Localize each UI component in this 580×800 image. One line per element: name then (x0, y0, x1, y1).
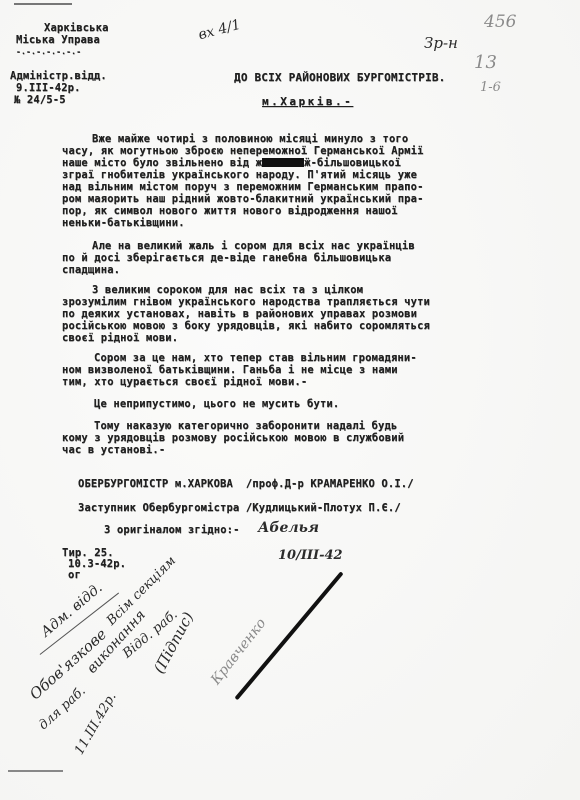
body-p1-line7: пор, як символ нового життя нового відро… (62, 205, 398, 217)
org-name-line2: Міська Управа (16, 34, 100, 46)
body-p1-line3: наше місто було звільнено від жӝ-більшов… (62, 157, 401, 169)
body-p5: Це неприпустимо, цього не мусить бути. (94, 398, 339, 410)
body-p4-line2: ном визволеної батьківщини. Ганьба і не … (62, 364, 398, 376)
body-p3-line1: З великим сороком для нас всіх та з цілк… (92, 284, 363, 296)
scan-edge-mark-bottom (8, 770, 63, 772)
annotation-district: Зр-н (424, 34, 458, 52)
body-p2-line2: по й досі зберігається де-віде ганебна б… (62, 252, 391, 264)
signature-deputy: Заступник Обербургомістра /Кудлицький-Пл… (78, 502, 401, 514)
signature-mayor: ОБЕРБУРГОМІСТР м.ХАРКОВА /проф.Д-р КРАМА… (78, 478, 414, 490)
body-p6-line3: час в установі.- (62, 444, 165, 456)
pencil-number-3: 1-6 (480, 80, 501, 95)
body-p6-line2: кому з урядовців розмову російською мово… (62, 432, 404, 444)
addressee-city: м.Харків.- (262, 96, 353, 108)
scan-edge-mark (14, 3, 72, 5)
body-p4-line1: Сором за це нам, хто тепер став вільним … (94, 352, 417, 364)
body-p1-line8: неньки-батьківщини. (62, 217, 185, 229)
body-p3-line5: своєї рідної мови. (62, 332, 178, 344)
body-p1-line3-end: ӝ-більшовицької (304, 157, 401, 169)
addressee-title: ДО ВСІХ РАЙОНОВИХ БУРГОМІСТРІВ. (234, 72, 446, 84)
body-p1-line3-start: наше місто було звільнено від ж (62, 157, 262, 169)
annotation-incoming: вх 4/1 (197, 17, 243, 44)
body-p3-line4: російською мовою з боку урядовців, які н… (62, 320, 430, 332)
body-p4-line3: тим, хто цурається своєї рідної мови.- (62, 376, 307, 388)
redaction-bar (262, 158, 304, 167)
body-p1-line2: часу, як могутньою зброєю непереможної Г… (62, 145, 424, 157)
body-p1-line5: над вільним містом поруч з переможним Ге… (62, 181, 424, 193)
document-page: Харківська Міська Управа -.-.-.-.-.-.- А… (0, 0, 580, 800)
org-name-line1: Харківська (44, 22, 109, 34)
body-p1-line4: зграї гнобителів українського народу. П'… (62, 169, 417, 181)
body-p1-line1: Вже майже чотирі з половиною місяці мину… (92, 133, 408, 145)
doc-date: 9.ІІІ-42р. (16, 82, 81, 94)
handwritten-date-stamp: 10/III-42 (278, 548, 343, 563)
pencil-number-1: 456 (484, 12, 516, 32)
body-p3-line3: по деяких установах, навіть в районових … (62, 308, 417, 320)
certified-copy-label: З оригіналом згідно:- (104, 524, 240, 536)
body-p2-line3: спадщина. (62, 264, 120, 276)
pencil-signature: Кравченко (208, 616, 269, 688)
department: Адміністр.відд. (10, 70, 107, 82)
body-p3-line2: зрозумілим гнівом українського народства… (62, 296, 430, 308)
org-name-divider: -.-.-.-.-.-.- (16, 46, 81, 58)
doc-ref-number: № 24/5-5 (14, 94, 66, 106)
typist-initials: ог (68, 569, 81, 581)
body-p6-line1: Тому наказую категорично заборонити нада… (94, 420, 397, 432)
pencil-number-2: 13 (474, 52, 497, 73)
body-p1-line6: ром маяорить наш рідний жовто-блакитний … (62, 193, 424, 205)
body-p2-line1: Але на великий жаль і сором для всіх нас… (92, 240, 415, 252)
certifier-signature: Абелья (258, 520, 319, 536)
